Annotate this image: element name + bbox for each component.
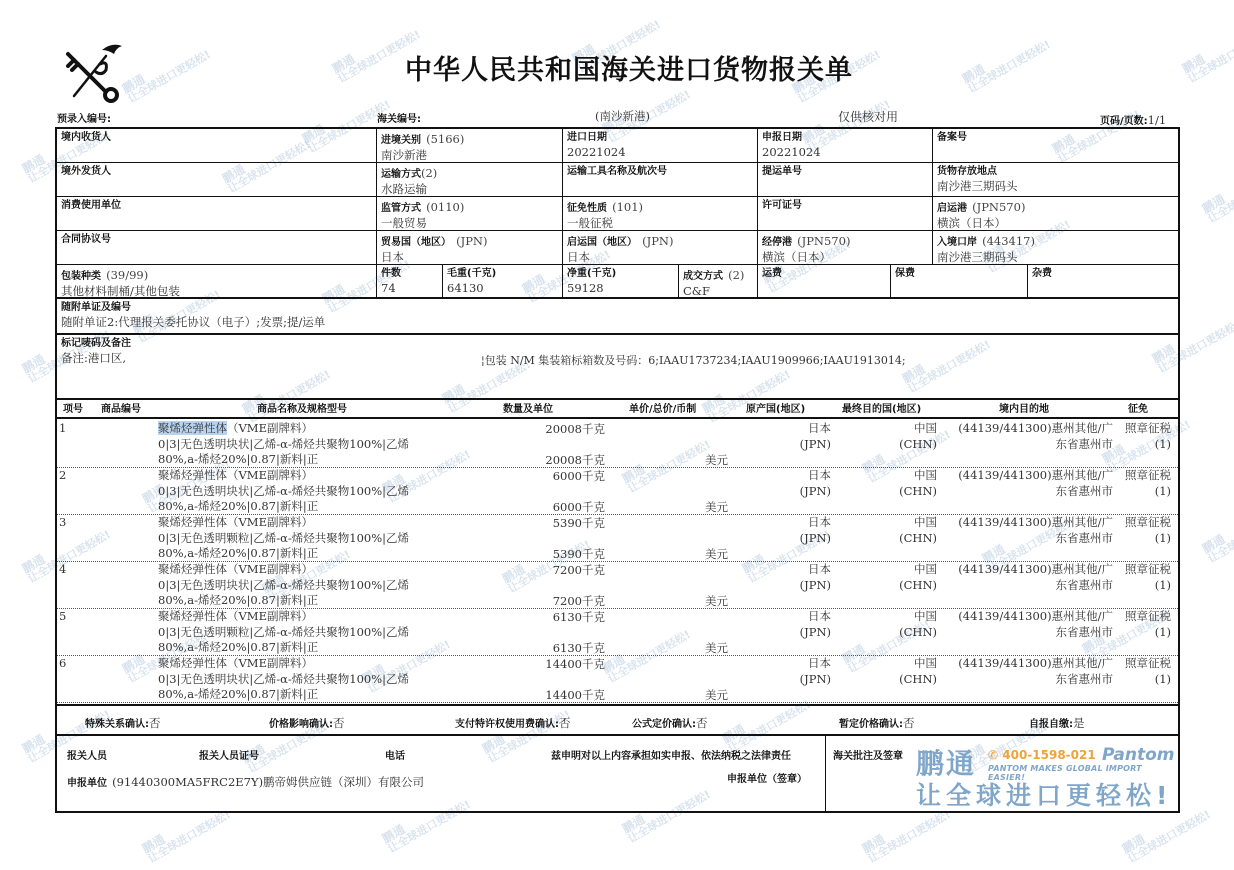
declarant-label: 报关人员 xyxy=(67,747,107,762)
item-no: 4 xyxy=(59,562,66,576)
field-trade-country: 贸易国（地区） (JPN)日本 xyxy=(377,231,563,265)
container-info: ¦包装 N/M 集装箱标箱数及号码：6;IAAU1737234;IAAU1909… xyxy=(481,352,906,368)
item-quantity: 7200千克 xyxy=(553,562,605,578)
confirmation-item: 价格影响确认:否 xyxy=(269,712,345,731)
item-origin: 日本(JPN) xyxy=(781,609,831,640)
field-entry-customs: 进境关别 (5166)南沙新港 xyxy=(377,129,563,163)
document-title: 中华人民共和国海关进口货物报关单 xyxy=(405,48,853,87)
port-name: (南沙新港) xyxy=(595,108,650,124)
item-domestic-dest: (44139/441300)惠州其他/广东省惠州市 xyxy=(937,609,1113,640)
item-no: 2 xyxy=(59,468,66,482)
customs-emblem-icon xyxy=(60,40,124,104)
field-deal-mode: 成交方式 (2)C&F xyxy=(679,265,758,299)
item-final-dest: 中国(CHN) xyxy=(897,656,937,687)
watermark: 鹏通让全球进口更轻松! xyxy=(1200,498,1234,565)
item-name: 聚烯烃弹性体（VME副牌料）0|3|无色透明块状|乙烯-α-烯烃共聚物100%|… xyxy=(158,562,409,609)
field-tax-nature: 征免性质 (101)一般征税 xyxy=(563,197,758,231)
field-pieces: 件数74 xyxy=(377,265,443,299)
field-insurance: 保费 xyxy=(891,265,1028,299)
phone-label: 电话 xyxy=(385,747,405,762)
item-quantity: 20008千克 xyxy=(545,421,605,437)
col-header-no: 项号 xyxy=(63,400,83,415)
table-row: 4聚烯烃弹性体（VME副牌料）0|3|无色透明块状|乙烯-α-烯烃共聚物100%… xyxy=(57,562,1178,609)
field-package-type: 包装种类 (39/99)其他材料制桶/其他包装 xyxy=(57,265,377,299)
field-consumer: 消费使用单位 xyxy=(57,197,377,231)
item-final-dest: 中国(CHN) xyxy=(897,468,937,499)
field-vessel: 运输工具名称及航次号 xyxy=(563,163,758,197)
item-final-dest: 中国(CHN) xyxy=(897,609,937,640)
item-origin: 日本(JPN) xyxy=(781,656,831,687)
item-tax-mode: 照章征税(1) xyxy=(1115,515,1171,546)
item-currency: 美元 xyxy=(705,452,728,468)
field-marks-remarks: 标记唛码及备注 备注:港口区, ¦包装 N/M 集装箱标箱数及号码：6;IAAU… xyxy=(57,335,1178,400)
customs-note-label: 海关批注及签章 xyxy=(833,747,903,762)
field-misc-fee: 杂费 xyxy=(1028,265,1178,299)
seal-label: 申报单位（签章） xyxy=(727,770,807,785)
page-indicator: 页码/页数:1/1 xyxy=(1100,109,1166,128)
item-final-dest: 中国(CHN) xyxy=(897,515,937,546)
item-origin: 日本(JPN) xyxy=(781,421,831,452)
field-transit-port: 经停港 (JPN570)横滨（日本） xyxy=(758,231,933,265)
col-header-qty: 数量及单位 xyxy=(503,400,553,415)
declaration-form: 境内收货人 进境关别 (5166)南沙新港 进口日期20221024 申报日期2… xyxy=(55,127,1180,813)
item-name: 聚烯烃弹性体（VME副牌料）0|3|无色透明颗粒|乙烯-α-烯烃共聚物100%|… xyxy=(158,609,409,656)
table-row: 5聚烯烃弹性体（VME副牌料）0|3|无色透明颗粒|乙烯-α-烯烃共聚物100%… xyxy=(57,609,1178,656)
item-origin: 日本(JPN) xyxy=(781,515,831,546)
confirmation-item: 暂定价格确认:否 xyxy=(839,712,915,731)
col-header-price: 单价/总价/币制 xyxy=(629,400,696,415)
table-row: 1聚烯烃弹性体（VME副牌料）0|3|无色透明块状|乙烯-α-烯烃共聚物100%… xyxy=(57,421,1178,468)
legal-statement: 兹申明对以上内容承担如实申报、依法纳税之法律责任 xyxy=(551,747,791,762)
item-tax-mode: 照章征税(1) xyxy=(1115,656,1171,687)
field-freight: 运费 xyxy=(758,265,891,299)
field-gross-weight: 毛重(千克)64130 xyxy=(443,265,563,299)
item-domestic-dest: (44139/441300)惠州其他/广东省惠州市 xyxy=(937,656,1113,687)
item-quantity-legal: 14400千克 xyxy=(545,687,605,703)
field-entry-port: 入境口岸 (443417)南沙港三期码头 xyxy=(933,231,1178,265)
table-row: 2聚烯烃弹性体（VME副牌料）0|3|无色透明块状|乙烯-α-烯烃共聚物100%… xyxy=(57,468,1178,515)
item-domestic-dest: (44139/441300)惠州其他/广东省惠州市 xyxy=(937,421,1113,452)
field-supervision: 监管方式 (0110)一般贸易 xyxy=(377,197,563,231)
verify-only-note: 仅供核对用 xyxy=(838,108,898,125)
field-origin-country: 启运国（地区） (JPN)日本 xyxy=(563,231,758,265)
item-name: 聚烯烃弹性体（VME副牌料）0|3|无色透明块状|乙烯-α-烯烃共聚物100%|… xyxy=(158,468,409,515)
brand-slogan: 让全球进口更轻松! xyxy=(916,776,1172,812)
brand-phone: ✆ 400-1598-021 xyxy=(988,748,1096,762)
table-row: 6聚烯烃弹性体（VME副牌料）0|3|无色透明块状|乙烯-α-烯烃共聚物100%… xyxy=(57,656,1178,703)
item-final-dest: 中国(CHN) xyxy=(897,421,937,452)
brand-english: Pantom xyxy=(1102,745,1174,765)
field-license-no: 许可证号 xyxy=(758,197,933,231)
item-currency: 美元 xyxy=(705,640,728,656)
field-net-weight: 净重(千克)59128 xyxy=(563,265,679,299)
col-header-tax: 征免 xyxy=(1128,400,1148,415)
watermark: 鹏通让全球进口更轻松! xyxy=(120,38,213,105)
item-origin: 日本(JPN) xyxy=(781,562,831,593)
item-quantity: 6130千克 xyxy=(553,609,605,625)
brand-stamp: 鹏通 ✆ 400-1598-021 Pantom PANTOM MAKES GL… xyxy=(916,742,1178,808)
field-departure-port: 启运港 (JPN570)横滨（日本） xyxy=(933,197,1178,231)
item-name: 聚烯烃弹性体（VME副牌料）0|3|无色透明颗粒|乙烯-α-烯烃共聚物100%|… xyxy=(158,515,409,562)
col-header-domestic-dest: 境内目的地 xyxy=(999,400,1049,415)
item-final-dest: 中国(CHN) xyxy=(897,562,937,593)
item-quantity: 14400千克 xyxy=(545,656,605,672)
item-quantity-legal: 6130千克 xyxy=(553,640,605,656)
watermark: 鹏通让全球进口更轻松! xyxy=(1200,158,1234,225)
item-currency: 美元 xyxy=(705,499,728,515)
item-quantity-legal: 5390千克 xyxy=(553,546,605,562)
field-record-no: 备案号 xyxy=(933,129,1178,163)
item-quantity: 6000千克 xyxy=(553,468,605,484)
field-transport-mode: 运输方式(2)水路运输 xyxy=(377,163,563,197)
item-domestic-dest: (44139/441300)惠州其他/广东省惠州市 xyxy=(937,515,1113,546)
col-header-name: 商品名称及规格型号 xyxy=(257,400,347,415)
phone-icon: ✆ xyxy=(988,748,998,762)
page-value: 1/1 xyxy=(1148,113,1167,127)
item-domestic-dest: (44139/441300)惠州其他/广东省惠州市 xyxy=(937,468,1113,499)
field-attached-docs: 随附单证及编号随附单证2:代理报关委托协议（电子）;发票;提/运单 xyxy=(57,299,1178,335)
item-no: 3 xyxy=(59,515,66,529)
item-name: 聚烯烃弹性体（VME副牌料）0|3|无色透明块状|乙烯-α-烯烃共聚物100%|… xyxy=(158,421,409,468)
confirmation-item: 自报自缴:是 xyxy=(1029,712,1085,731)
item-tax-mode: 照章征税(1) xyxy=(1115,421,1171,452)
field-consignee: 境内收货人 xyxy=(57,129,377,163)
confirmation-item: 支付特许权使用费确认:否 xyxy=(455,712,571,731)
item-domestic-dest: (44139/441300)惠州其他/广东省惠州市 xyxy=(937,562,1113,593)
item-no: 6 xyxy=(59,656,66,670)
footer-divider xyxy=(825,734,826,813)
watermark: 鹏通让全球进口更轻松! xyxy=(1180,18,1234,85)
field-storage-place: 货物存放地点南沙港三期码头 xyxy=(933,163,1178,197)
item-tax-mode: 照章征税(1) xyxy=(1115,562,1171,593)
declaring-unit: 申报单位 (91440300MA5FRC2E7Y)鹏帝姆供应链（深圳）有限公司 xyxy=(67,771,424,790)
item-quantity: 5390千克 xyxy=(553,515,605,531)
item-no: 5 xyxy=(59,609,66,623)
confirmation-row: 特殊关系确认:否价格影响确认:否支付特许权使用费确认:否公式定价确认:否暂定价格… xyxy=(57,706,1178,734)
item-currency: 美元 xyxy=(705,687,728,703)
field-import-date: 进口日期20221024 xyxy=(563,129,758,163)
item-currency: 美元 xyxy=(705,593,728,609)
col-header-hs-code: 商品编号 xyxy=(101,400,141,415)
pre-entry-number-label: 预录入编号: xyxy=(57,110,111,125)
field-declare-date: 申报日期20221024 xyxy=(758,129,933,163)
confirmation-item: 公式定价确认:否 xyxy=(632,712,708,731)
item-currency: 美元 xyxy=(705,546,728,562)
item-quantity-legal: 20008千克 xyxy=(545,452,605,468)
item-tax-mode: 照章征税(1) xyxy=(1115,468,1171,499)
field-contract-no: 合同协议号 xyxy=(57,231,377,265)
page-label: 页码/页数: xyxy=(1100,116,1148,127)
table-row: 3聚烯烃弹性体（VME副牌料）0|3|无色透明颗粒|乙烯-α-烯烃共聚物100%… xyxy=(57,515,1178,562)
item-quantity-legal: 7200千克 xyxy=(553,593,605,609)
item-name: 聚烯烃弹性体（VME副牌料）0|3|无色透明块状|乙烯-α-烯烃共聚物100%|… xyxy=(158,656,409,703)
confirmation-item: 特殊关系确认:否 xyxy=(85,712,161,731)
item-quantity-legal: 6000千克 xyxy=(553,499,605,515)
item-origin: 日本(JPN) xyxy=(781,468,831,499)
customs-number-label: 海关编号: xyxy=(377,110,421,125)
field-shipper: 境外发货人 xyxy=(57,163,377,197)
item-tax-mode: 照章征税(1) xyxy=(1115,609,1171,640)
col-header-final-dest: 最终目的国(地区) xyxy=(842,400,921,415)
field-bill-no: 提运单号 xyxy=(758,163,933,197)
declarant-cert-label: 报关人员证号 xyxy=(199,747,259,762)
item-no: 1 xyxy=(59,421,66,435)
col-header-origin: 原产国(地区) xyxy=(746,400,805,415)
watermark: 鹏通让全球进口更轻松! xyxy=(960,28,1053,95)
